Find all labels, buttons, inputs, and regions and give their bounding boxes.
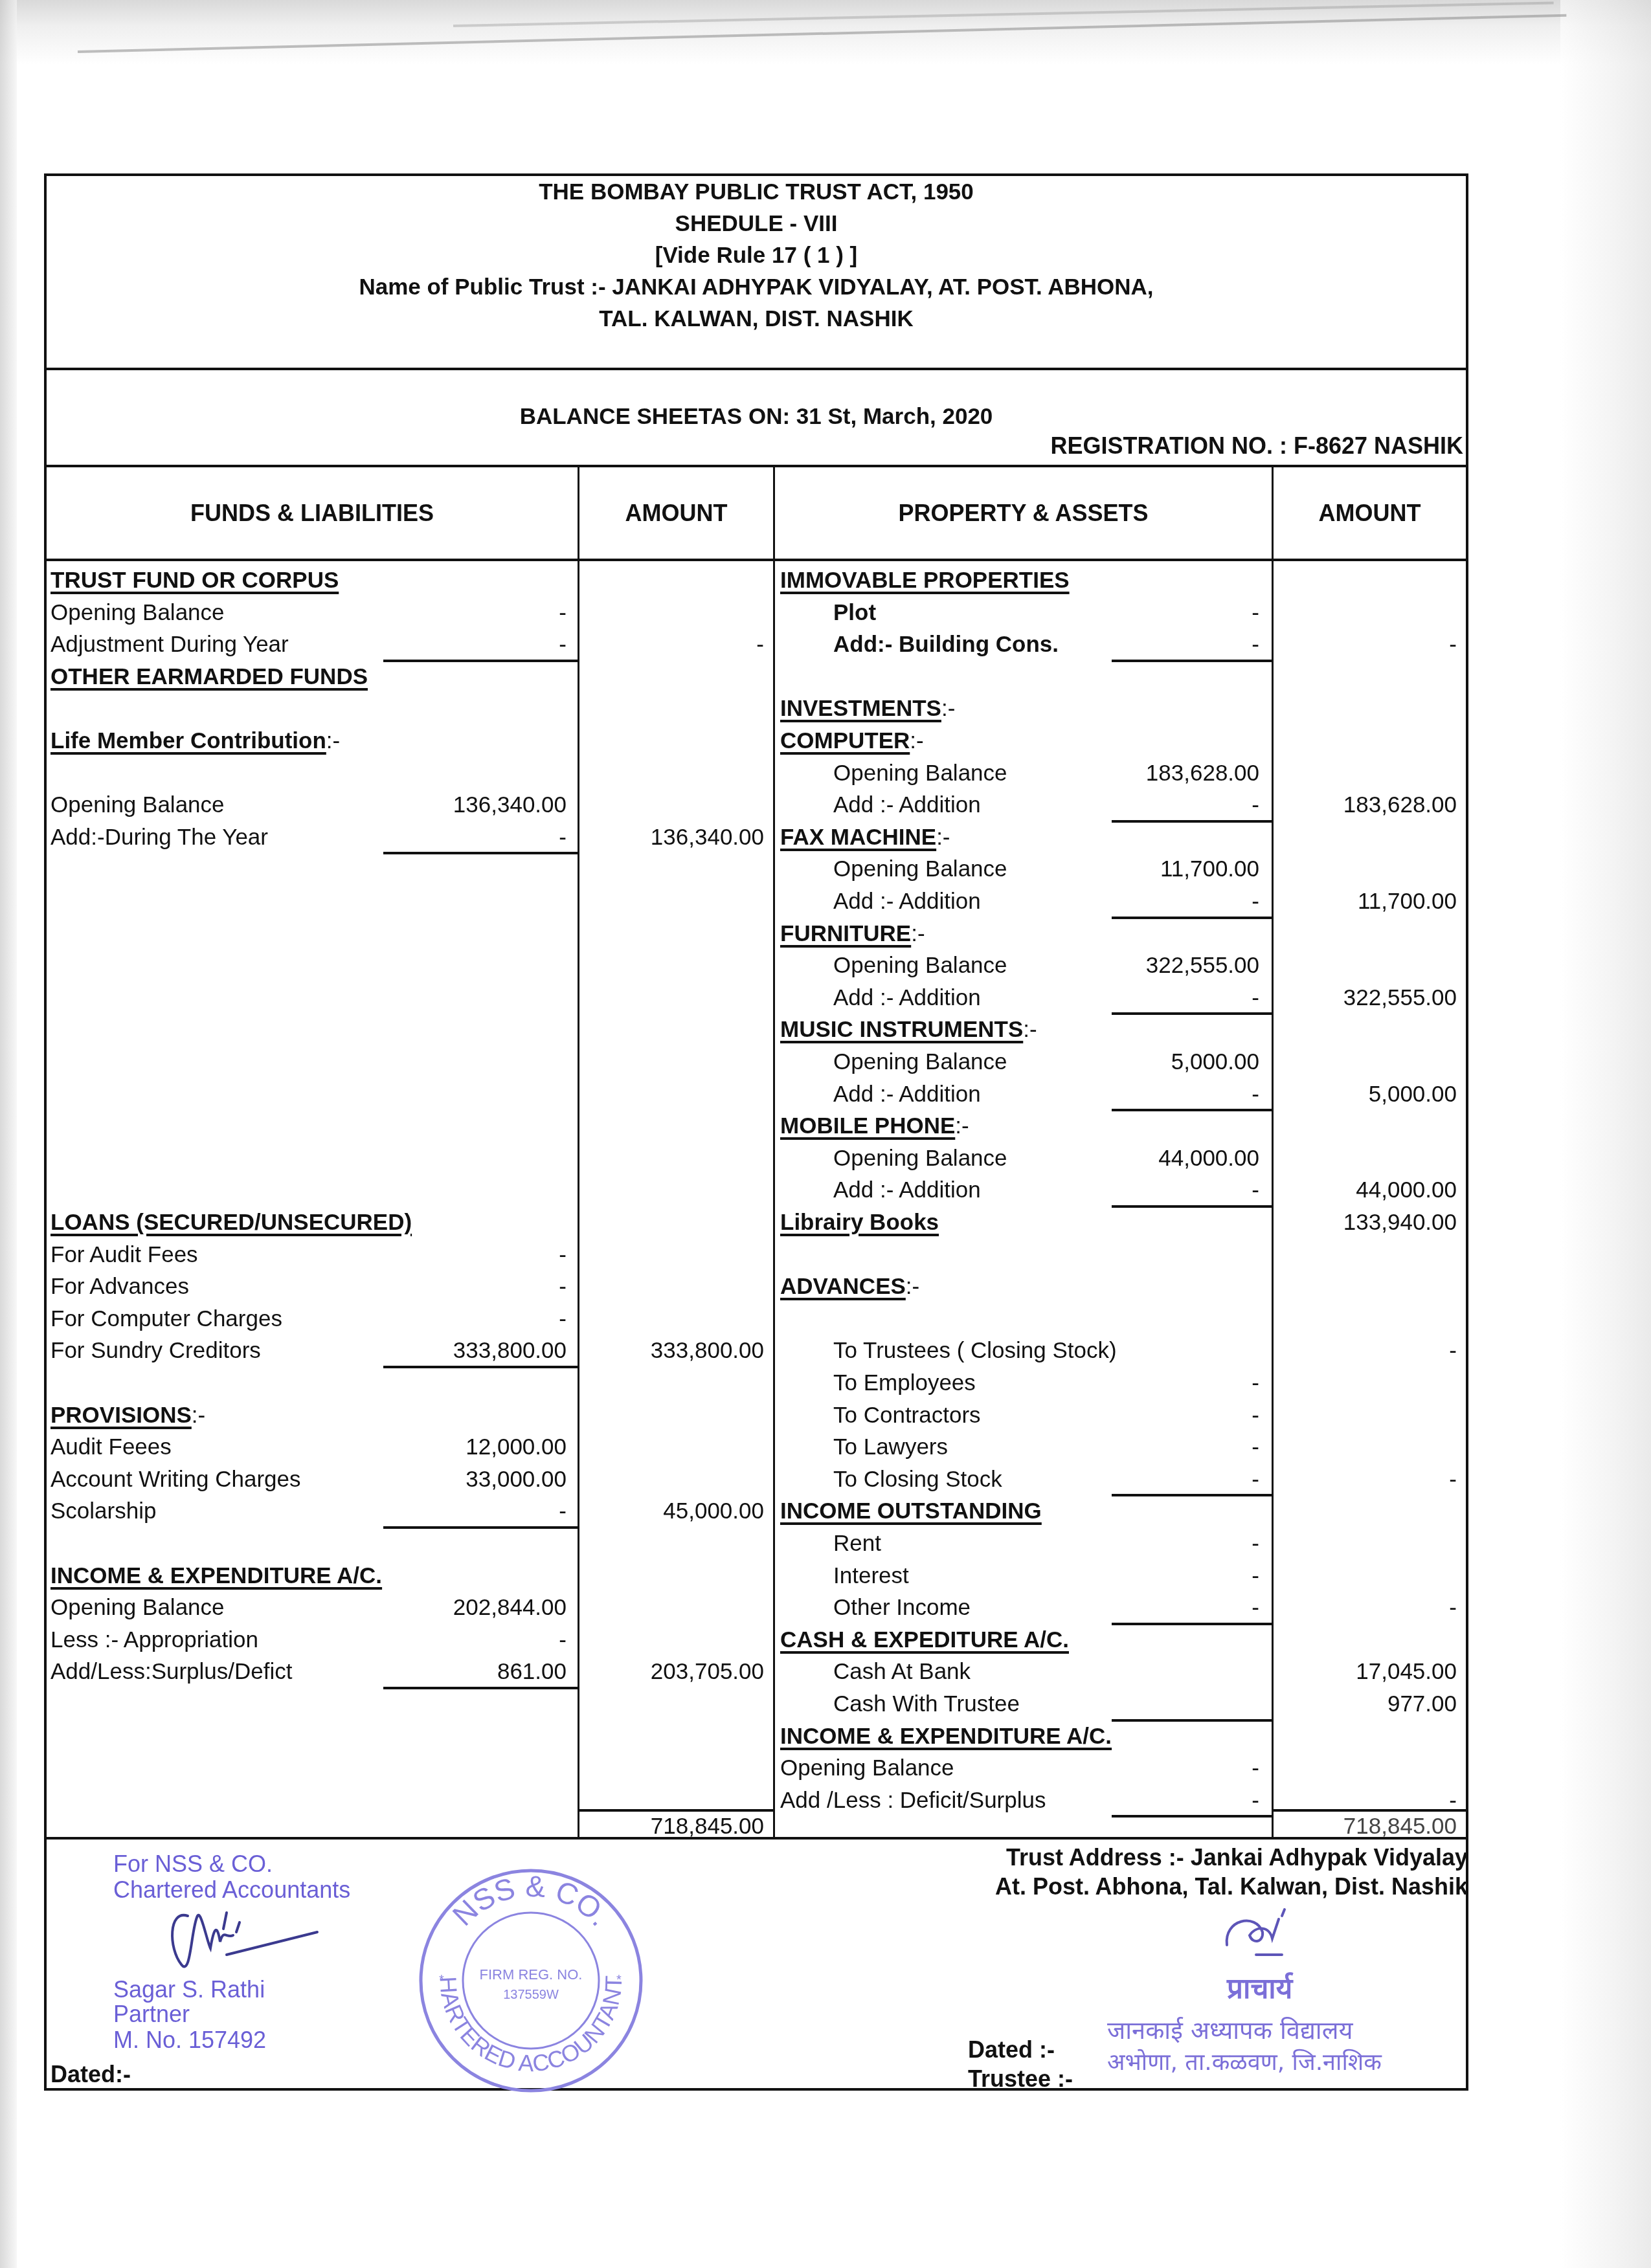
table-row: COMPUTER :- xyxy=(0,725,1651,757)
auditor-signature xyxy=(162,1903,343,1981)
section-heading: INCOME & EXPENDITURE A/C. xyxy=(780,1720,1112,1752)
table-row: Plot- xyxy=(0,597,1651,628)
table-row xyxy=(0,1239,1651,1271)
table-row: Rent- xyxy=(0,1528,1651,1559)
principal-stamp-line1: जानकाई अध्यापक विद्यालय xyxy=(1107,2013,1353,2047)
trustee-label: Trustee :- xyxy=(968,2065,1073,2093)
table-row: Add :- Addition-44,000.00 xyxy=(0,1174,1651,1206)
sub-amount: 183,628.00 xyxy=(1075,757,1259,789)
header-divider xyxy=(44,368,1468,370)
sub-amount: 44,000.00 xyxy=(1075,1142,1259,1174)
row-label: To Contractors xyxy=(833,1399,981,1431)
table-row xyxy=(0,661,1651,693)
row-label: Opening Balance xyxy=(833,950,1007,981)
trust-address-line1: Trust Address :- Jankai Adhypak Vidyalay xyxy=(1006,1843,1468,1872)
table-row: Interest- xyxy=(0,1560,1651,1592)
row-label: Add :- Addition xyxy=(833,1078,981,1110)
section-heading: INVESTMENTS xyxy=(780,696,941,721)
table-row: To Trustees ( Closing Stock)- xyxy=(0,1335,1651,1366)
auditor-stamp: NSS & CO. CHARTERED ACCOUNTANTS FIRM REG… xyxy=(414,1864,647,2097)
row-label: Add :- Addition xyxy=(833,789,981,821)
table-row: To Lawyers- xyxy=(0,1431,1651,1463)
section-heading-wrap: MOBILE PHONE :- xyxy=(780,1110,969,1142)
table-row: Cash With Trustee977.00 xyxy=(0,1688,1651,1720)
table-row: Opening Balance- xyxy=(0,1752,1651,1784)
sub-amount: - xyxy=(1075,789,1259,821)
membership-number: M. No. 157492 xyxy=(113,2026,266,2054)
table-row: INCOME & EXPENDITURE A/C. xyxy=(0,1720,1651,1752)
section-heading-wrap: MUSIC INSTRUMENTS :- xyxy=(780,1014,1037,1045)
amount: 322,555.00 xyxy=(1274,982,1457,1014)
table-row: Opening Balance44,000.00 xyxy=(0,1142,1651,1174)
table-row: Cash At Bank17,045.00 xyxy=(0,1656,1651,1687)
svg-text:FIRM REG. NO.: FIRM REG. NO. xyxy=(480,1966,583,1983)
row-label: Opening Balance xyxy=(780,1752,954,1784)
amount: 5,000.00 xyxy=(1274,1078,1457,1110)
table-row: FURNITURE :- xyxy=(0,918,1651,950)
balance-sheet-title: BALANCE SHEETAS ON: 31 St, March, 2020 xyxy=(0,401,1512,432)
section-heading: INCOME OUTSTANDING xyxy=(780,1495,1042,1527)
table-row: Opening Balance183,628.00 xyxy=(0,757,1651,789)
section-heading: MUSIC INSTRUMENTS xyxy=(780,1017,1023,1042)
section-heading: FURNITURE xyxy=(780,921,911,946)
section-heading-wrap: ADVANCES :- xyxy=(780,1271,919,1302)
sub-amount: - xyxy=(1075,1174,1259,1206)
sub-amount: - xyxy=(1075,1431,1259,1463)
sub-amount: 11,700.00 xyxy=(1075,853,1259,885)
section-heading-wrap: COMPUTER :- xyxy=(780,725,924,757)
sub-amount: - xyxy=(1075,1592,1259,1623)
table-row: INCOME OUTSTANDING xyxy=(0,1495,1651,1527)
row-label: Other Income xyxy=(833,1592,971,1623)
row-label: Opening Balance xyxy=(833,853,1007,885)
amount: 17,045.00 xyxy=(1274,1656,1457,1687)
sub-amount: - xyxy=(1075,1399,1259,1431)
row-label: To Employees xyxy=(833,1367,976,1399)
row-label: Plot xyxy=(833,597,876,628)
sub-amount: 5,000.00 xyxy=(1075,1046,1259,1078)
amount: 977.00 xyxy=(1274,1688,1457,1720)
sub-amount: - xyxy=(1075,628,1259,660)
col-header-amount-right: AMOUNT xyxy=(1274,466,1466,560)
sub-amount: - xyxy=(1075,1560,1259,1592)
row-label: Add:- Building Cons. xyxy=(833,628,1059,660)
section-heading-wrap: INVESTMENTS :- xyxy=(780,693,955,724)
col-header-amount-left: AMOUNT xyxy=(579,466,773,560)
table-row: FAX MACHINE :- xyxy=(0,821,1651,853)
row-label: Add :- Addition xyxy=(833,1174,981,1206)
sub-amount: - xyxy=(1075,885,1259,917)
partner-role: Partner xyxy=(113,2000,190,2029)
svg-text:137559W: 137559W xyxy=(503,1988,559,2002)
row-label: To Lawyers xyxy=(833,1431,948,1463)
table-row xyxy=(0,1303,1651,1335)
amount: 44,000.00 xyxy=(1274,1174,1457,1206)
row-label: Opening Balance xyxy=(833,1142,1007,1174)
row-label: Rent xyxy=(833,1528,881,1559)
sub-amount: - xyxy=(1075,1784,1259,1816)
sub-amount: 322,555.00 xyxy=(1075,950,1259,981)
sub-amount: - xyxy=(1075,1463,1259,1495)
row-label: Cash At Bank xyxy=(833,1656,971,1687)
trustee-signature xyxy=(1217,1906,1308,1964)
col-header-liabilities: FUNDS & LIABILITIES xyxy=(47,466,578,560)
table-row: Add :- Addition-183,628.00 xyxy=(0,789,1651,821)
sub-amount: - xyxy=(1075,1528,1259,1559)
sub-amount: - xyxy=(1075,982,1259,1014)
trust-address-line2: At. Post. Abhona, Tal. Kalwan, Dist. Nas… xyxy=(995,1873,1468,1901)
table-row: Librairy Books133,940.00 xyxy=(0,1206,1651,1238)
amount: 183,628.00 xyxy=(1274,789,1457,821)
table-row: Add:- Building Cons.-- xyxy=(0,628,1651,660)
section-heading: ADVANCES xyxy=(780,1274,906,1299)
row-label: Interest xyxy=(833,1560,909,1592)
amount: - xyxy=(1274,628,1457,660)
svg-text:*: * xyxy=(439,1973,444,1987)
sub-amount: - xyxy=(1075,1752,1259,1784)
table-row: Add :- Addition-322,555.00 xyxy=(0,982,1651,1014)
section-heading: FAX MACHINE xyxy=(780,825,936,850)
sub-amount: - xyxy=(1075,1367,1259,1399)
dated-right: Dated :- xyxy=(968,2036,1055,2064)
auditor-firm: For NSS & CO. xyxy=(113,1850,273,1878)
row-label: Add :- Addition xyxy=(833,885,981,917)
table-row: To Closing Stock-- xyxy=(0,1463,1651,1495)
row-label: Add :- Addition xyxy=(833,982,981,1014)
auditor-title: Chartered Accountants xyxy=(113,1876,350,1904)
table-row: MOBILE PHONE :- xyxy=(0,1110,1651,1142)
section-heading: CASH & EXPEDITURE A/C. xyxy=(780,1624,1069,1656)
table-row: Opening Balance11,700.00 xyxy=(0,853,1651,885)
rule-reference: [Vide Rule 17 ( 1 ) ] xyxy=(44,239,1468,271)
row-label: To Trustees ( Closing Stock) xyxy=(833,1335,1117,1366)
subtotal-rule xyxy=(1112,1815,1273,1818)
table-row: Other Income-- xyxy=(0,1592,1651,1623)
svg-text:*: * xyxy=(616,1973,622,1987)
row-label: Cash With Trustee xyxy=(833,1688,1020,1720)
section-heading: IMMOVABLE PROPERTIES xyxy=(780,564,1070,596)
row-label: Add /Less : Deficit/Surplus xyxy=(780,1784,1046,1816)
section-heading: MOBILE PHONE xyxy=(780,1113,955,1139)
amount: 11,700.00 xyxy=(1274,885,1457,917)
table-row: Opening Balance5,000.00 xyxy=(0,1046,1651,1078)
table-row: CASH & EXPEDITURE A/C. xyxy=(0,1624,1651,1656)
amount: 133,940.00 xyxy=(1274,1206,1457,1238)
amount: - xyxy=(1274,1592,1457,1623)
registration-number: REGISTRATION NO. : F-8627 NASHIK xyxy=(1051,432,1463,460)
dated-left: Dated:- xyxy=(51,2060,131,2089)
principal-stamp-line2: अभोणा, ता.कळवण, जि.नाशिक xyxy=(1107,2045,1382,2077)
table-row: Add :- Addition-5,000.00 xyxy=(0,1078,1651,1110)
table-row: Add :- Addition-11,700.00 xyxy=(0,885,1651,917)
section-heading: COMPUTER xyxy=(780,728,910,753)
table-row: To Contractors- xyxy=(0,1399,1651,1431)
section-heading-wrap: FURNITURE :- xyxy=(780,918,925,950)
liabilities-total: 718,845.00 xyxy=(579,1810,764,1842)
section-heading: Librairy Books xyxy=(780,1206,939,1238)
row-label: Opening Balance xyxy=(833,1046,1007,1078)
schedule-title: SHEDULE - VIII xyxy=(44,208,1468,239)
col-header-assets: PROPERTY & ASSETS xyxy=(775,466,1272,560)
table-row: ADVANCES :- xyxy=(0,1271,1651,1302)
sub-amount: - xyxy=(1075,597,1259,628)
table-row: INVESTMENTS :- xyxy=(0,693,1651,724)
principal-stamp-title: प्राचार्य xyxy=(1227,1968,1292,2007)
amount: - xyxy=(1274,1463,1457,1495)
table-row: To Employees- xyxy=(0,1367,1651,1399)
act-title: THE BOMBAY PUBLIC TRUST ACT, 1950 xyxy=(44,176,1468,208)
svg-text:NSS & CO.: NSS & CO. xyxy=(446,1869,617,1932)
assets-total: 718,845.00 xyxy=(1274,1810,1457,1842)
sub-amount: - xyxy=(1075,1078,1259,1110)
trust-name-line1: Name of Public Trust :- JANKAI ADHYPAK V… xyxy=(44,271,1468,303)
table-row: Opening Balance322,555.00 xyxy=(0,950,1651,981)
table-row: IMMOVABLE PROPERTIES xyxy=(0,564,1651,596)
section-heading-wrap: FAX MACHINE :- xyxy=(780,821,950,853)
row-label: Opening Balance xyxy=(833,757,1007,789)
amount: - xyxy=(1274,1335,1457,1366)
row-label: To Closing Stock xyxy=(833,1463,1002,1495)
trust-name-line2: TAL. KALWAN, DIST. NASHIK xyxy=(44,303,1468,335)
table-row: MUSIC INSTRUMENTS :- xyxy=(0,1014,1651,1045)
